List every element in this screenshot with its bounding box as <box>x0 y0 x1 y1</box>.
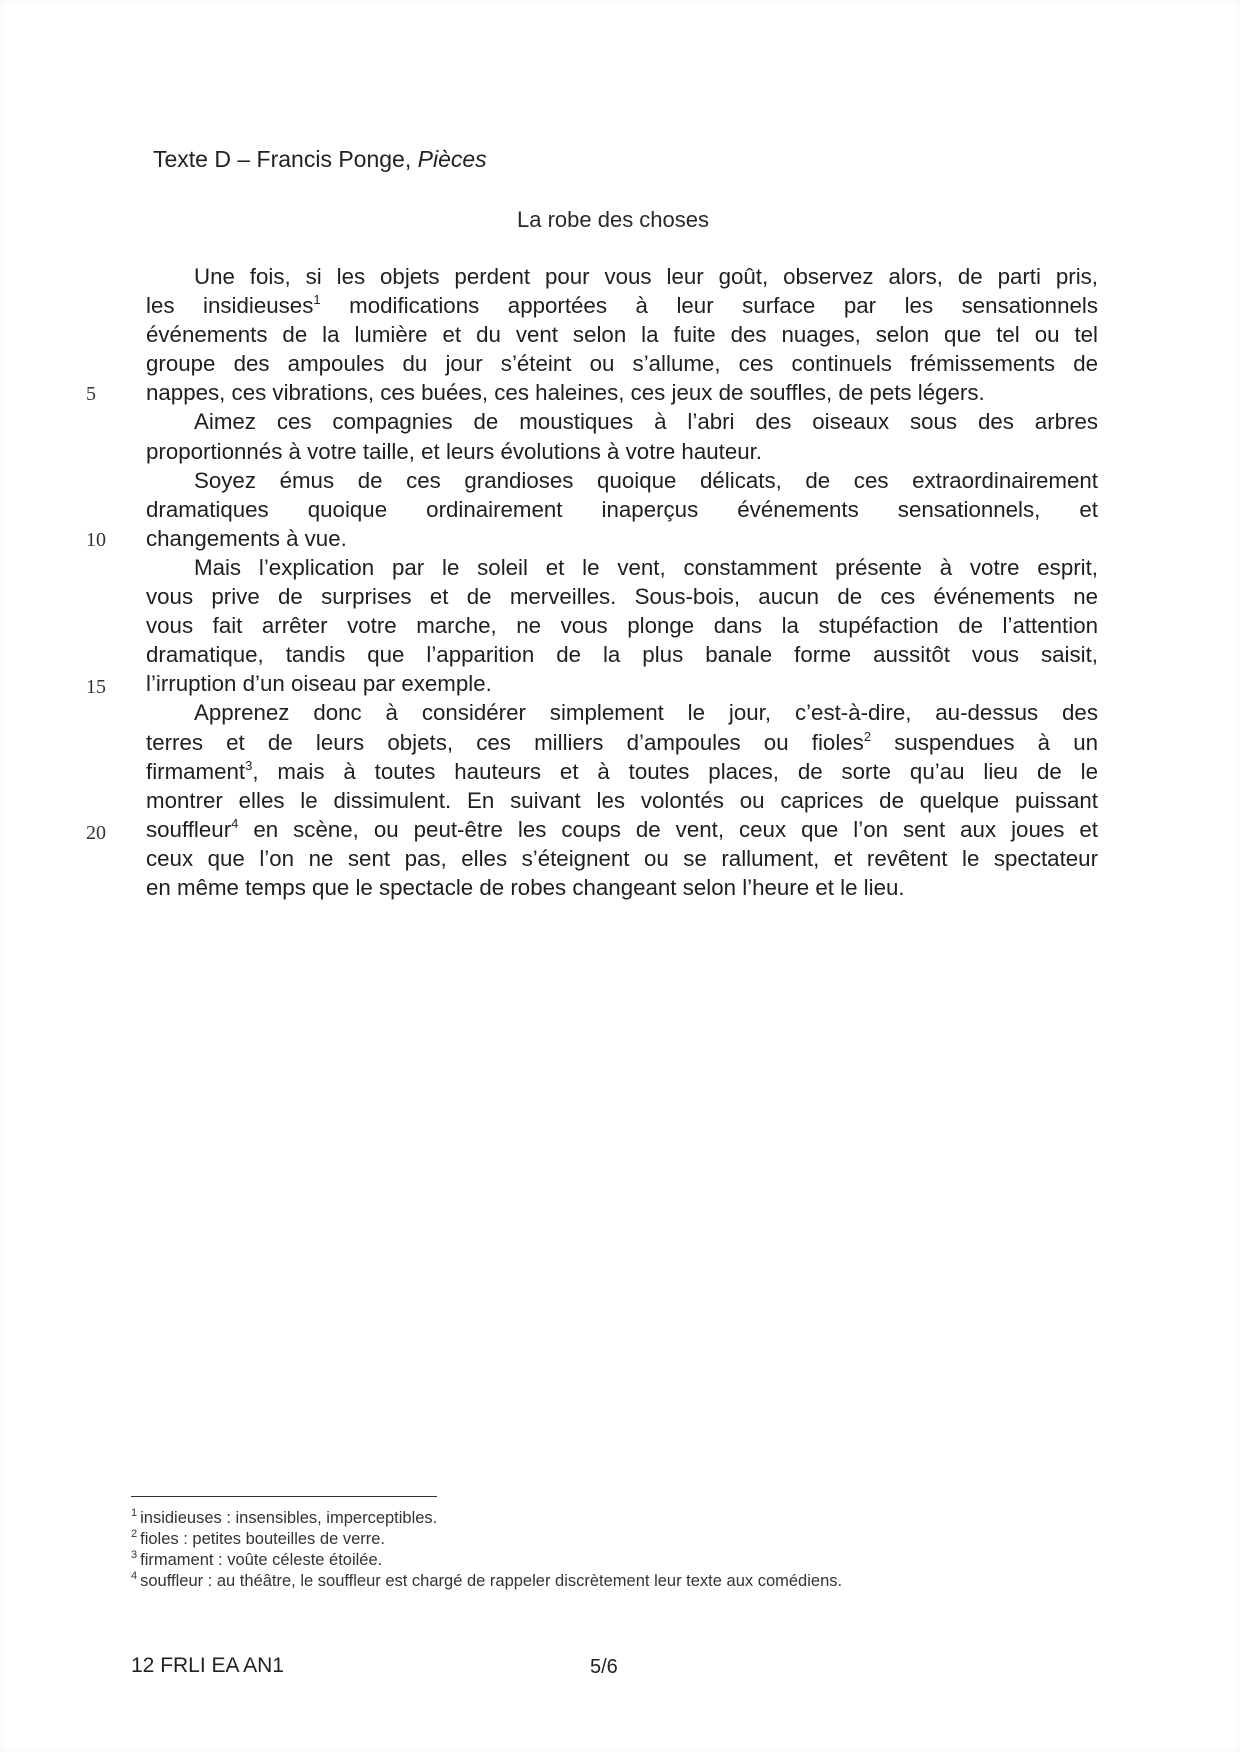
footnote-ref: 1 <box>313 292 320 307</box>
footnote-item: 1insidieuses : insensibles, imperceptibl… <box>131 1508 842 1529</box>
text-line: événements de la lumière et du vent selo… <box>146 320 1098 349</box>
line-number: 5 <box>86 383 96 406</box>
text-line: l’irruption d’un oiseau par exemple. <box>146 669 1098 698</box>
footnote-item: 2fioles : petites bouteilles de verre. <box>131 1529 842 1550</box>
text-line: changements à vue. <box>146 524 1098 553</box>
line-number: 10 <box>86 529 106 552</box>
text-line: proportionnés à votre taille, et leurs é… <box>146 437 1098 466</box>
text-line: dramatiques quoique ordinairement inaper… <box>146 495 1098 524</box>
text-line: Une fois, si les objets perdent pour vou… <box>146 262 1098 291</box>
line-number: 15 <box>86 676 106 699</box>
text-line: terres et de leurs objets, ces milliers … <box>146 728 1098 757</box>
heading-work-title: Pièces <box>418 146 487 172</box>
text-line: en même temps que le spectacle de robes … <box>146 873 1098 902</box>
page-number: 5/6 <box>590 1656 618 1679</box>
poem-title: La robe des choses <box>517 207 709 233</box>
document-heading: Texte D – Francis Ponge, Pièces <box>153 146 487 173</box>
text-line: vous prive de surprises et de merveilles… <box>146 582 1098 611</box>
text-line: souffleur4 en scène, ou peut-être les co… <box>146 815 1098 844</box>
footnote-item: 3firmament : voûte céleste étoilée. <box>131 1550 842 1571</box>
text-line: les insidieuses1 modifications apportées… <box>146 291 1098 320</box>
heading-label: Texte D – Francis Ponge, <box>153 146 418 172</box>
text-line: nappes, ces vibrations, ces buées, ces h… <box>146 378 1098 407</box>
text-line: Apprenez donc à considérer simplement le… <box>146 698 1098 727</box>
footnote-divider <box>131 1496 437 1497</box>
poem-body: Une fois, si les objets perdent pour vou… <box>146 262 1098 902</box>
line-number: 20 <box>86 822 106 845</box>
footnote-ref: 2 <box>864 729 871 744</box>
footnote-item: 4souffleur : au théâtre, le souffleur es… <box>131 1571 842 1592</box>
text-line: vous fait arrêter votre marche, ne vous … <box>146 611 1098 640</box>
footnotes: 1insidieuses : insensibles, imperceptibl… <box>131 1508 842 1592</box>
text-line: groupe des ampoules du jour s’éteint ou … <box>146 349 1098 378</box>
exam-code: 12 FRLI EA AN1 <box>131 1654 284 1678</box>
text-line: ceux que l’on ne sent pas, elles s’éteig… <box>146 844 1098 873</box>
text-line: Soyez émus de ces grandioses quoique dél… <box>146 466 1098 495</box>
text-line: dramatique, tandis que l’apparition de l… <box>146 640 1098 669</box>
text-line: firmament3, mais à toutes hauteurs et à … <box>146 757 1098 786</box>
text-line: montrer elles le dissimulent. En suivant… <box>146 786 1098 815</box>
text-line: Aimez ces compagnies de moustiques à l’a… <box>146 407 1098 436</box>
text-line: Mais l’explication par le soleil et le v… <box>146 553 1098 582</box>
